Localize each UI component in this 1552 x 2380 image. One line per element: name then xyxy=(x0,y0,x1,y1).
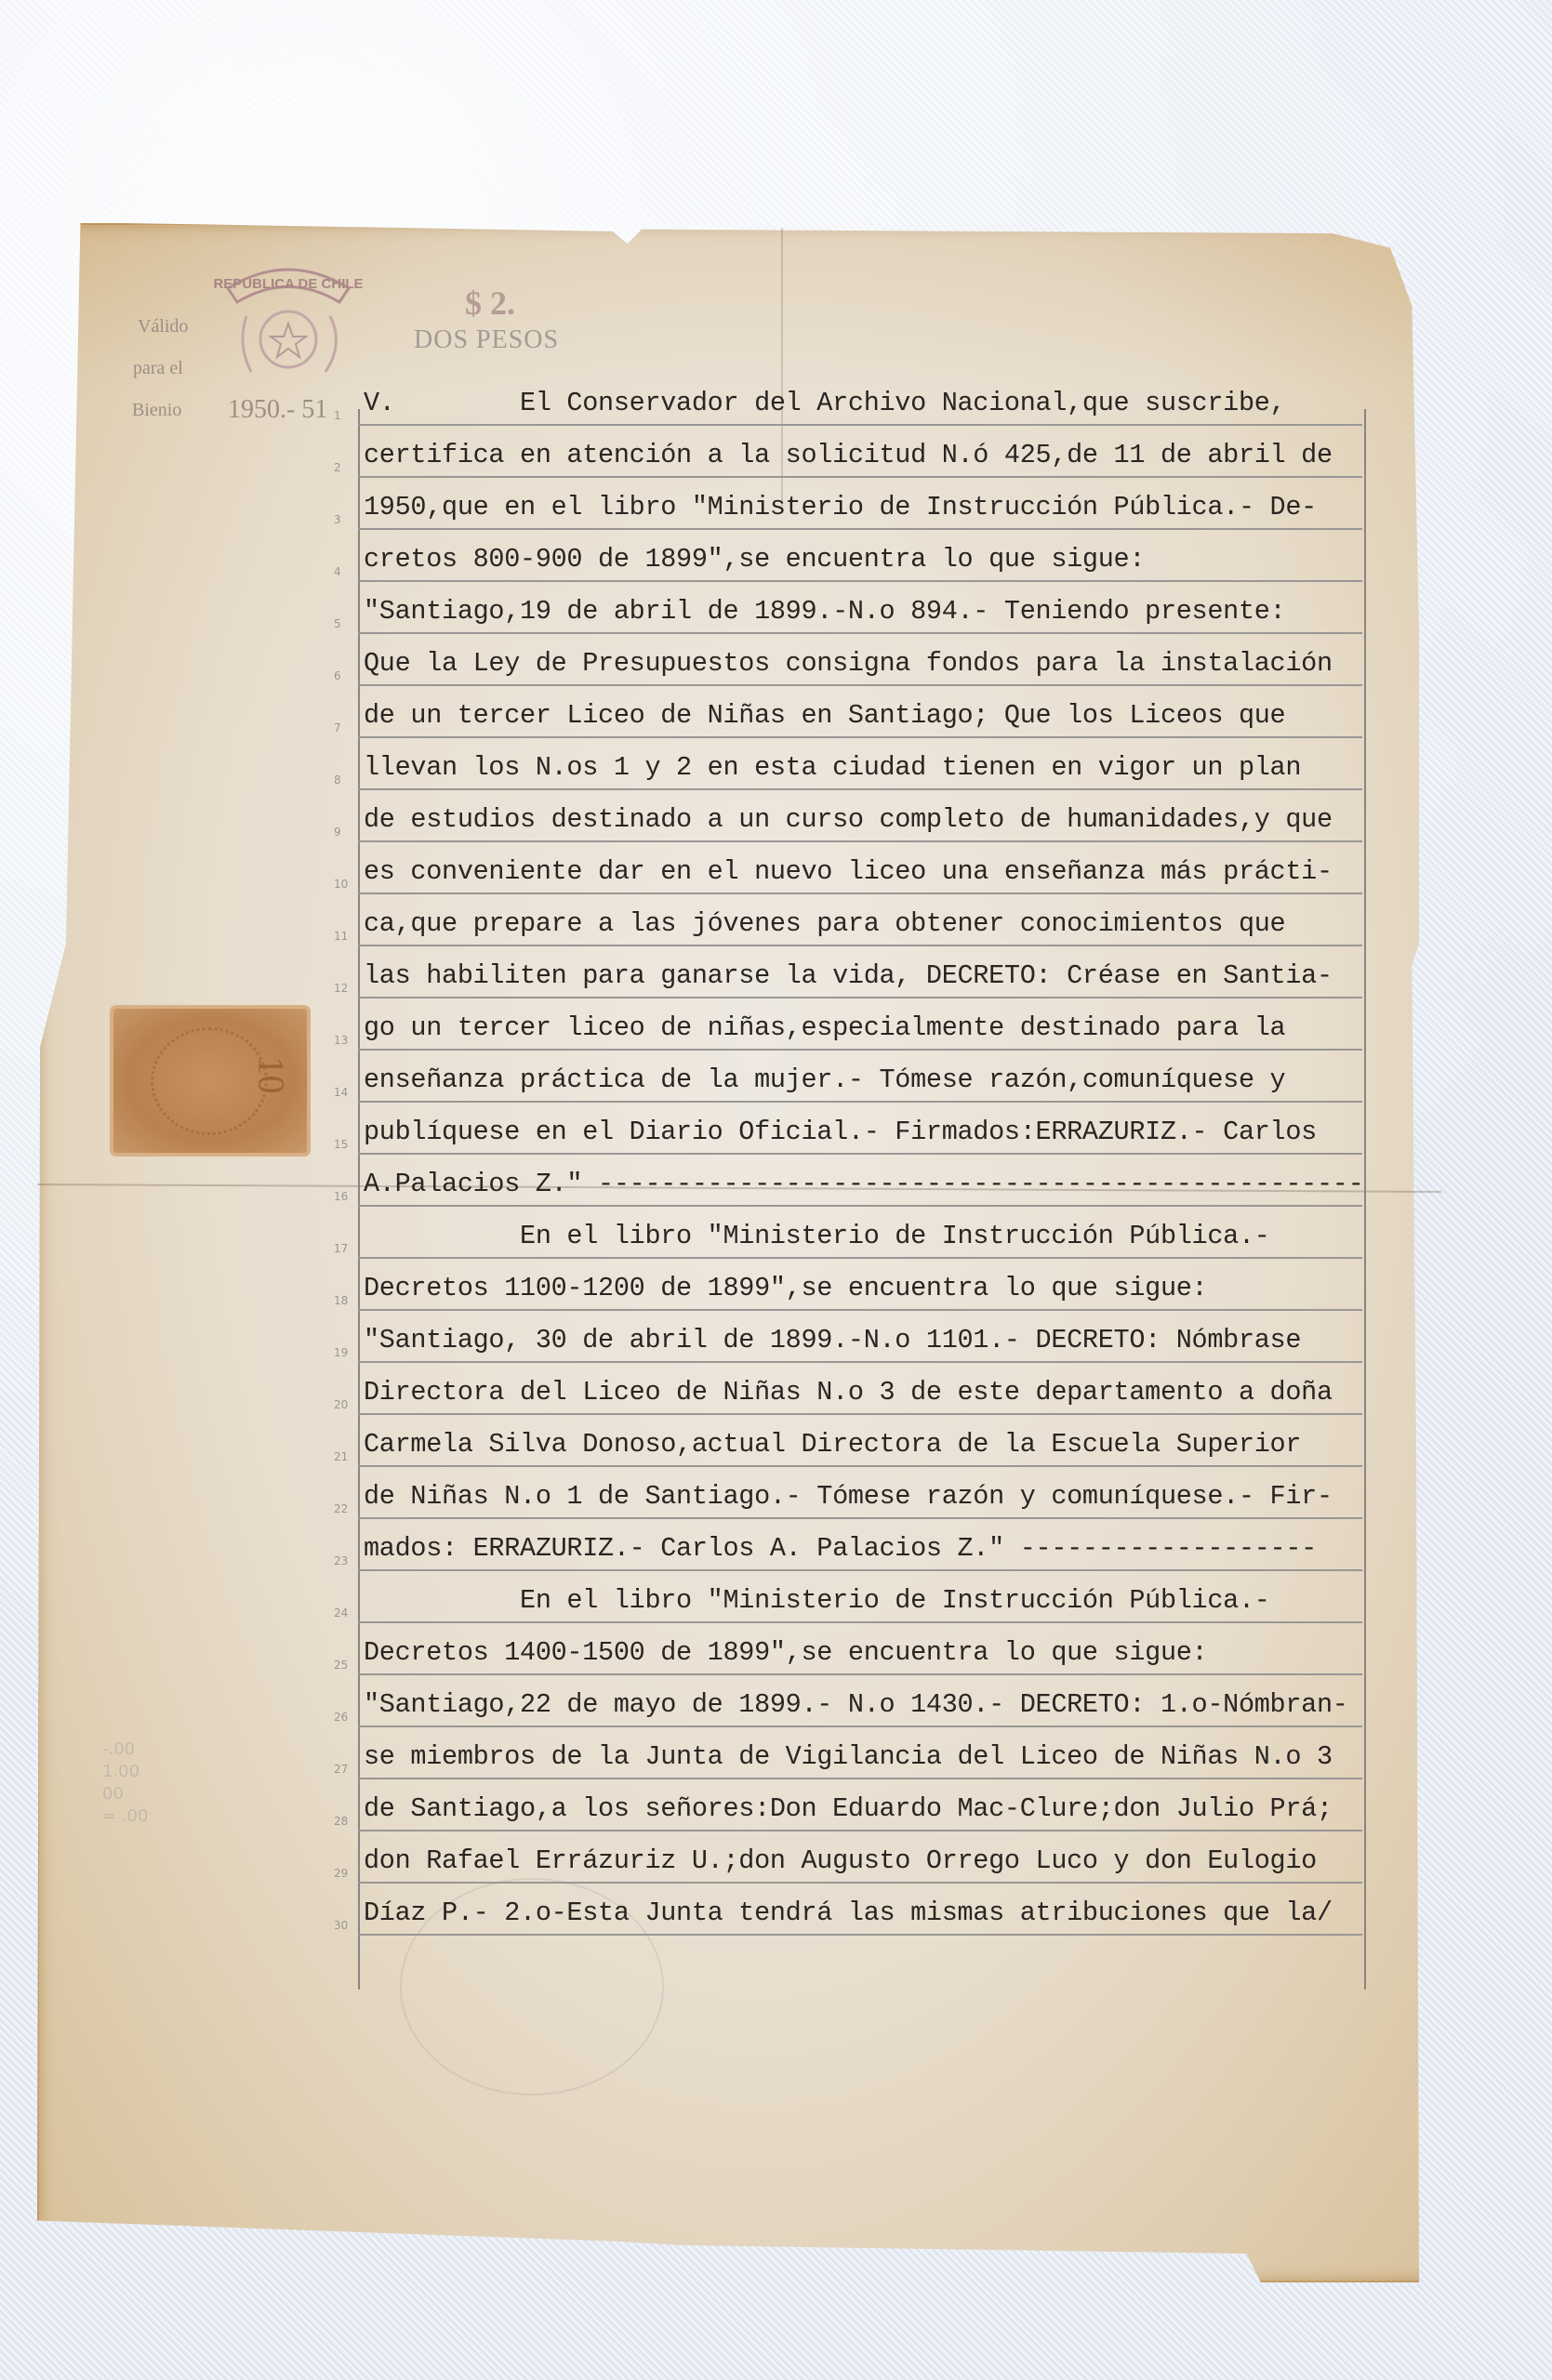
text-line: 19"Santiago, 30 de abril de 1899.-N.o 11… xyxy=(358,1309,1362,1363)
bienio-label: Bienio xyxy=(132,400,181,421)
text-line: 22de Niñas N.o 1 de Santiago.- Tómese ra… xyxy=(358,1465,1362,1519)
pencil-note: 00 xyxy=(102,1783,148,1805)
line-text: "Santiago, 30 de abril de 1899.-N.o 1101… xyxy=(364,1325,1301,1355)
line-number: 2 xyxy=(334,461,341,474)
text-line: 2certifica en atención a la solicitud N.… xyxy=(358,424,1362,478)
revenue-stamp-value: 10 xyxy=(250,1057,294,1094)
text-line: 17 En el libro "Ministerio de Instrucció… xyxy=(358,1205,1362,1259)
line-text: Díaz P.- 2.o-Esta Junta tendrá las misma… xyxy=(364,1897,1333,1928)
line-text: En el libro "Ministerio de Instrucción P… xyxy=(364,1585,1270,1616)
text-line: 14enseñanza práctica de la mujer.- Tómes… xyxy=(358,1049,1362,1103)
line-text: V. El Conservador del Archivo Nacional,q… xyxy=(364,388,1285,418)
line-number: 10 xyxy=(334,878,348,891)
line-text: de Niñas N.o 1 de Santiago.- Tómese razó… xyxy=(364,1481,1333,1512)
text-line: 11ca,que prepare a las jóvenes para obte… xyxy=(358,892,1362,946)
line-number: 4 xyxy=(334,565,341,578)
pencil-note: 1.00 xyxy=(102,1761,148,1783)
stamp-value-words: DOS PESOS xyxy=(414,325,559,355)
text-line: 15publíquese en el Diario Oficial.- Firm… xyxy=(358,1101,1362,1155)
text-line: 8llevan los N.os 1 y 2 en esta ciudad ti… xyxy=(358,736,1362,790)
pencil-note: -.00 xyxy=(102,1739,148,1761)
line-number: 25 xyxy=(334,1659,348,1672)
pencil-note: = .00 xyxy=(102,1805,148,1828)
line-text: go un tercer liceo de niñas,especialment… xyxy=(364,1012,1285,1043)
text-line: 16A.Palacios Z." -----------------------… xyxy=(358,1153,1362,1207)
line-number: 18 xyxy=(334,1294,348,1307)
revenue-stamp: 10 xyxy=(113,1009,307,1153)
text-line: 13go un tercer liceo de niñas,especialme… xyxy=(358,997,1362,1051)
text-line: 24 En el libro "Ministerio de Instrucció… xyxy=(358,1569,1362,1623)
text-line: 4cretos 800-900 de 1899",se encuentra lo… xyxy=(358,528,1362,582)
text-line: 29don Rafael Errázuriz U.;don Augusto Or… xyxy=(358,1830,1362,1884)
stamp-value: $ 2. xyxy=(465,284,515,323)
chile-coat-of-arms-icon: REPUBLICA DE CHILE xyxy=(209,251,367,381)
line-text: ca,que prepare a las jóvenes para obtene… xyxy=(364,908,1285,939)
line-number: 5 xyxy=(334,617,341,630)
line-text: A.Palacios Z." -------------------------… xyxy=(364,1169,1363,1199)
text-line: 20Directora del Liceo de Niñas N.o 3 de … xyxy=(358,1361,1362,1415)
line-number: 29 xyxy=(334,1867,348,1880)
text-line: 12las habiliten para ganarse la vida, DE… xyxy=(358,945,1362,998)
line-text: llevan los N.os 1 y 2 en esta ciudad tie… xyxy=(364,752,1301,783)
valid-label: Válido xyxy=(138,316,188,337)
line-text: Directora del Liceo de Niñas N.o 3 de es… xyxy=(364,1377,1333,1408)
text-line: 25Decretos 1400-1500 de 1899",se encuent… xyxy=(358,1621,1362,1675)
line-text: de un tercer Liceo de Niñas en Santiago;… xyxy=(364,700,1285,731)
text-line: 18Decretos 1100-1200 de 1899",se encuent… xyxy=(358,1257,1362,1311)
text-line: 30Díaz P.- 2.o-Esta Junta tendrá las mis… xyxy=(358,1882,1362,1936)
text-line: 1V. El Conservador del Archivo Nacional,… xyxy=(358,372,1362,426)
text-line: 10es conveniente dar en el nuevo liceo u… xyxy=(358,840,1362,894)
line-number: 12 xyxy=(334,982,348,995)
line-number: 8 xyxy=(334,773,341,787)
bienio-year: 1950.- 51 xyxy=(228,395,327,425)
valid-for-label: para el xyxy=(133,358,183,379)
line-text: de estudios destinado a un curso complet… xyxy=(364,804,1333,835)
line-text: Decretos 1100-1200 de 1899",se encuentra… xyxy=(364,1273,1207,1303)
line-number: 16 xyxy=(334,1190,348,1203)
text-line: 28de Santiago,a los señores:Don Eduardo … xyxy=(358,1778,1362,1831)
text-line: 27se miembros de la Junta de Vigilancia … xyxy=(358,1725,1362,1779)
text-line: 21Carmela Silva Donoso,actual Directora … xyxy=(358,1413,1362,1467)
line-text: En el libro "Ministerio de Instrucción P… xyxy=(364,1221,1270,1251)
text-line: 5"Santiago,19 de abril de 1899.-N.o 894.… xyxy=(358,580,1362,634)
line-text: certifica en atención a la solicitud N.ó… xyxy=(364,440,1333,470)
line-text: enseñanza práctica de la mujer.- Tómese … xyxy=(364,1064,1285,1095)
line-text: don Rafael Errázuriz U.;don Augusto Orre… xyxy=(364,1845,1317,1876)
line-text: "Santiago,22 de mayo de 1899.- N.o 1430.… xyxy=(364,1689,1348,1720)
text-line: 31950,que en el libro "Ministerio de Ins… xyxy=(358,476,1362,530)
line-text: mados: ERRAZURIZ.- Carlos A. Palacios Z.… xyxy=(364,1533,1317,1564)
line-number: 3 xyxy=(334,513,341,526)
text-line: 23mados: ERRAZURIZ.- Carlos A. Palacios … xyxy=(358,1517,1362,1571)
line-number: 9 xyxy=(334,826,341,839)
text-line: 6Que la Ley de Presupuestos consigna fon… xyxy=(358,632,1362,686)
line-number: 1 xyxy=(334,409,341,422)
line-number: 26 xyxy=(334,1711,348,1724)
line-number: 28 xyxy=(334,1815,348,1828)
line-number: 11 xyxy=(334,930,348,943)
line-number: 7 xyxy=(334,721,341,734)
line-number: 15 xyxy=(334,1138,348,1151)
seal-text: REPUBLICA DE CHILE xyxy=(213,276,363,292)
line-text: se miembros de la Junta de Vigilancia de… xyxy=(364,1741,1333,1772)
margin-pencil-notes: -.00 1.00 00 = .00 xyxy=(102,1739,148,1828)
line-text: "Santiago,19 de abril de 1899.-N.o 894.-… xyxy=(364,596,1285,627)
line-number: 6 xyxy=(334,669,341,682)
line-number: 24 xyxy=(334,1606,348,1620)
line-number: 20 xyxy=(334,1398,348,1411)
line-text: es conveniente dar en el nuevo liceo una… xyxy=(364,856,1333,887)
line-number: 27 xyxy=(334,1763,348,1776)
line-number: 22 xyxy=(334,1502,348,1515)
line-number: 21 xyxy=(334,1450,348,1463)
line-number: 23 xyxy=(334,1554,348,1567)
line-number: 17 xyxy=(334,1242,348,1255)
line-text: Decretos 1400-1500 de 1899",se encuentra… xyxy=(364,1637,1207,1668)
line-number: 14 xyxy=(334,1086,348,1099)
line-text: publíquese en el Diario Oficial.- Firmad… xyxy=(364,1117,1317,1147)
line-text: Carmela Silva Donoso,actual Directora de… xyxy=(364,1429,1301,1460)
text-line: 9de estudios destinado a un curso comple… xyxy=(358,788,1362,842)
line-text: de Santiago,a los señores:Don Eduardo Ma… xyxy=(364,1793,1333,1824)
line-number: 30 xyxy=(334,1919,348,1932)
line-text: 1950,que en el libro "Ministerio de Inst… xyxy=(364,492,1317,522)
line-text: cretos 800-900 de 1899",se encuentra lo … xyxy=(364,544,1145,575)
line-number: 13 xyxy=(334,1034,348,1047)
line-text: las habiliten para ganarse la vida, DECR… xyxy=(364,960,1333,991)
text-line: 7de un tercer Liceo de Niñas en Santiago… xyxy=(358,684,1362,738)
text-line: 26"Santiago,22 de mayo de 1899.- N.o 143… xyxy=(358,1673,1362,1727)
line-number: 19 xyxy=(334,1346,348,1359)
line-text: Que la Ley de Presupuestos consigna fond… xyxy=(364,648,1333,679)
